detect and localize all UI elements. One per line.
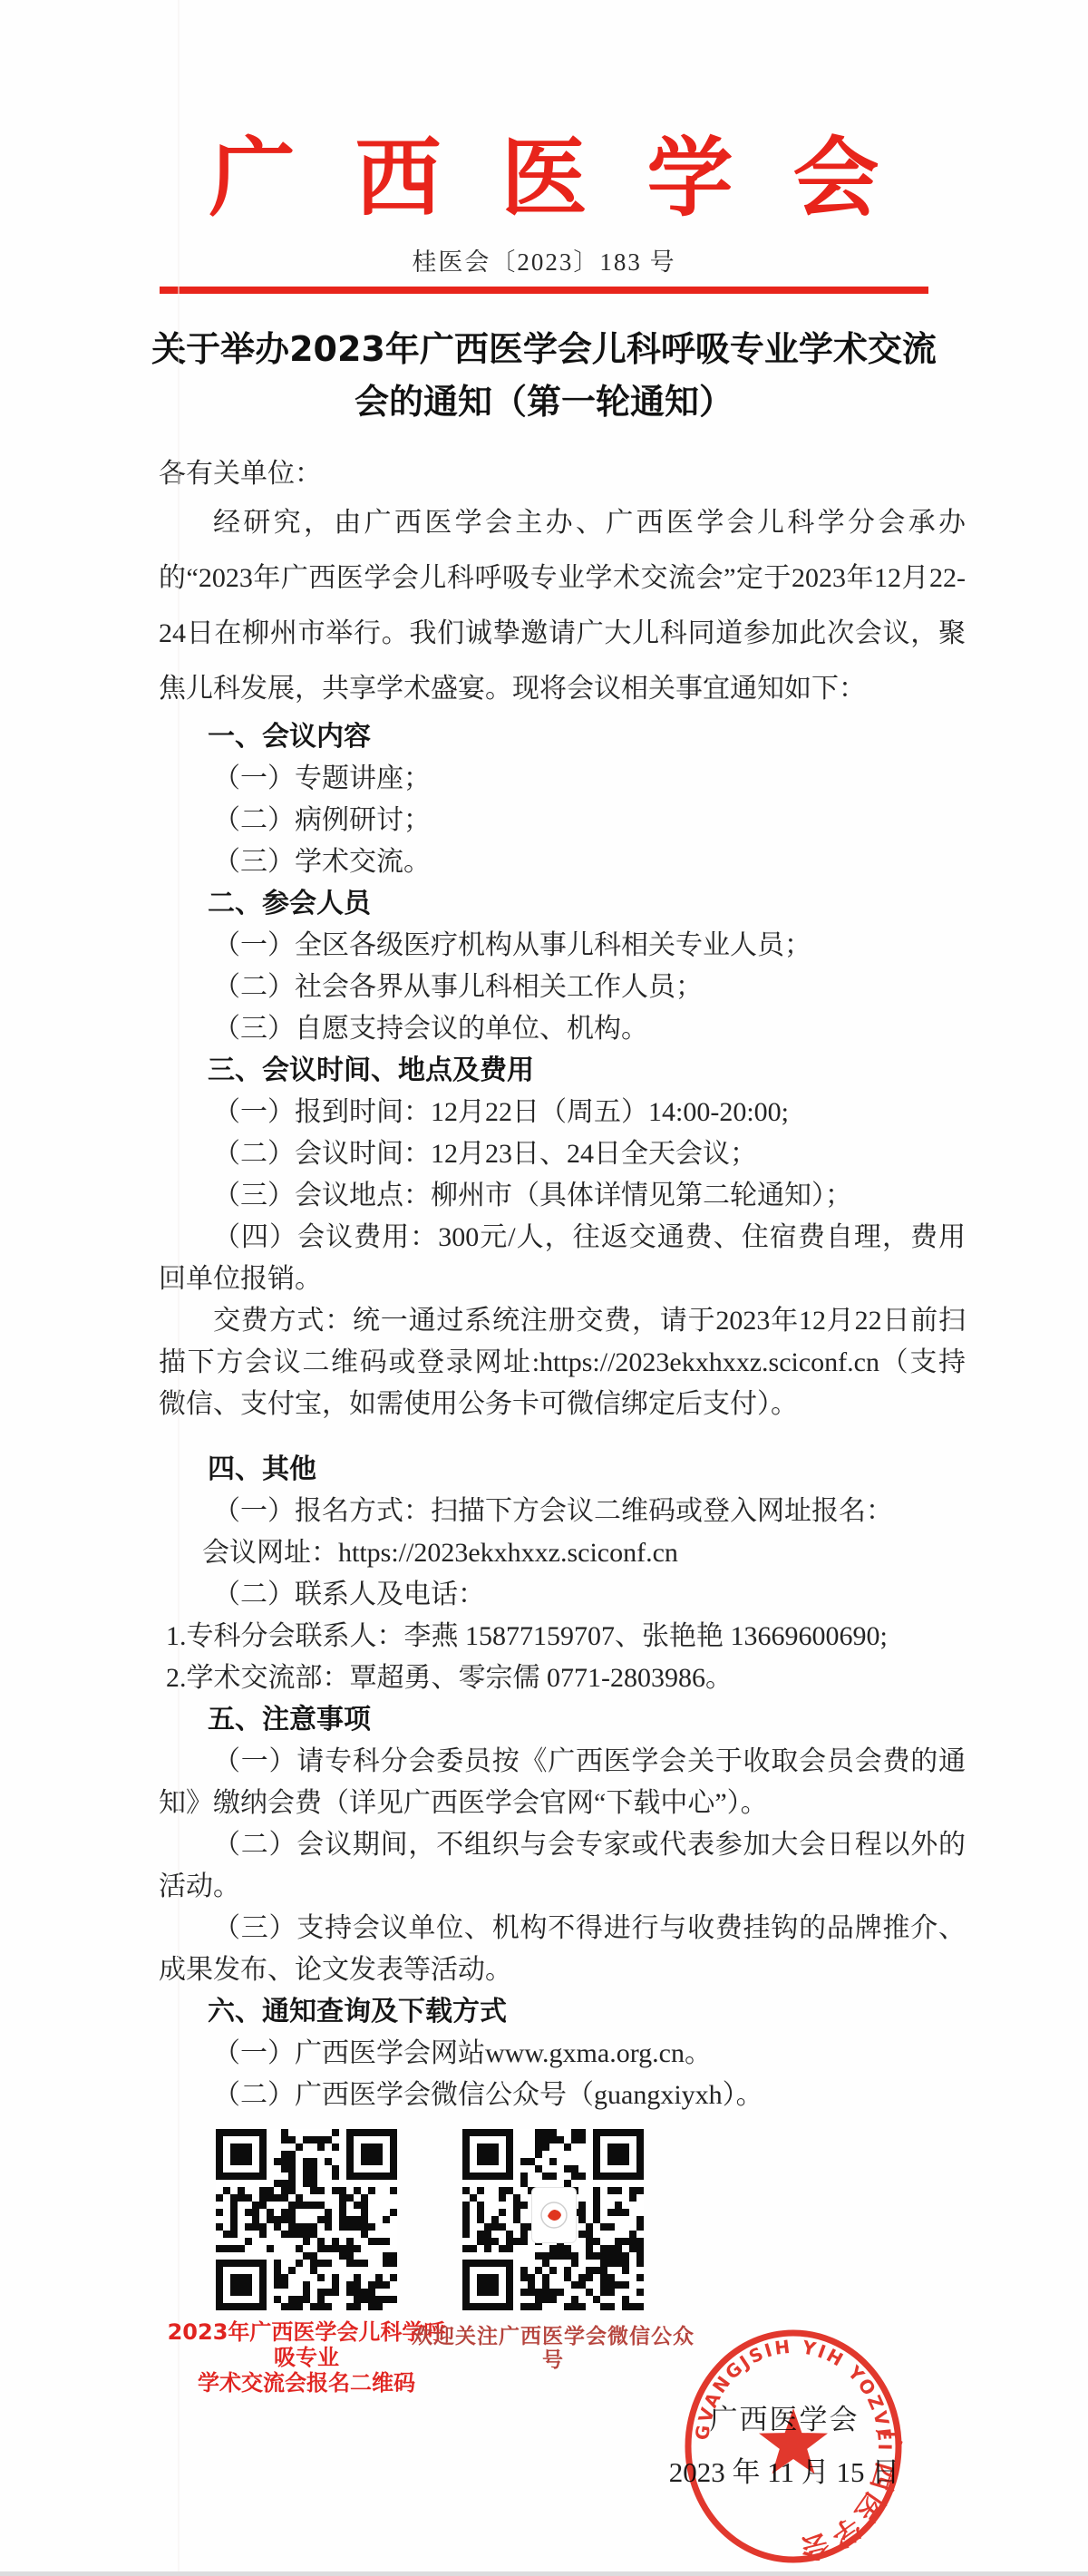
section-3-item-3: （三）会议地点：柳州市（具体详情见第二轮通知）； [159,1175,966,1217]
scan-seam-line [178,0,180,2571]
document-page: 广西医学会 桂医会〔2023〕183 号 关于举办2023年广西医学会儿科呼吸专… [0,0,1088,2576]
association-emblem-icon [539,2200,569,2231]
letterhead-red-rule [160,287,928,294]
section-1-item-3: （三）学术交流。 [159,841,966,883]
section-2-item-2: （二）社会各界从事儿科相关工作人员； [159,967,966,1008]
section-6-heading: 六、通知查询及下载方式 [159,1991,966,2033]
section-1-item-2: （二）病例研讨； [159,800,966,841]
registration-qr-caption: 2023年广西医学会儿科学呼吸专业 学术交流会报名二维码 [166,2319,447,2396]
document-number: 桂医会〔2023〕183 号 [0,247,1088,277]
seal-star-icon [759,2408,828,2474]
wechat-qr-figure: 欢迎关注广西医学会微信公众号 [462,2129,644,2396]
section-1-heading: 一、会议内容 [159,716,966,758]
wechat-qr-center-logo [531,2187,577,2243]
section-3-item-1: （一）报到时间：12月22日（周五）14:00-20:00; [159,1092,966,1133]
official-red-seal: GVANGJSIH YIH YOZVEI 广西医学会 [682,2327,905,2566]
qr-code-image [216,2129,397,2310]
wechat-qr-caption: 欢迎关注广西医学会微信公众号 [408,2325,698,2372]
document-title: 关于举办2023年广西医学会儿科呼吸专业学术交流 会的通知（第一轮通知） [0,323,1088,428]
wechat-line: （二）广西医学会微信公众号（guangxiyxh）。 [159,2075,966,2116]
section-3-item-2: （二）会议时间：12月23日、24日全天会议； [159,1133,966,1175]
document-body: 各有关单位： 经研究，由广西医学会主办、广西医学会儿科学分会承办的“2023年广… [159,453,966,2396]
registration-method-line: （一）报名方式：扫描下方会议二维码或登入网址报名： [159,1491,966,1532]
section-1-item-1: （一）专题讲座； [159,758,966,800]
section-3-item-4: （四）会议费用：300元/人，往返交通费、住宿费自理，费用回单位报销。 [159,1217,966,1300]
registration-qr-figure: 2023年广西医学会儿科学呼吸专业 学术交流会报名二维码 [216,2129,397,2396]
section-5-item-1: （一）请专科分会委员按《广西医学会关于收取会员会费的通知》缴纳会费（详见广西医学… [159,1741,966,1824]
section-5-heading: 五、注意事项 [159,1699,966,1741]
registration-qr-code [216,2129,397,2310]
contacts-heading-line: （二）联系人及电话： [159,1574,966,1616]
section-3-heading: 三、会议时间、地点及费用 [159,1050,966,1092]
contact-line-1: 1.专科分会联系人：李燕 15877159707、张艳艳 13669600690… [159,1616,966,1657]
section-5-item-2: （二）会议期间，不组织与会专家或代表参加大会日程以外的活动。 [159,1824,966,1908]
salutation: 各有关单位： [159,453,966,495]
wechat-qr-code [462,2129,644,2310]
section-2-item-1: （一）全区各级医疗机构从事儿科相关专业人员； [159,925,966,967]
section-4-heading: 四、其他 [159,1449,966,1491]
payment-method-paragraph: 交费方式：统一通过系统注册交费，请于2023年12月22日前扫描下方会议二维码或… [159,1300,966,1425]
registration-qr-caption-line1: 2023年广西医学会儿科学呼吸专业 [166,2319,447,2370]
conference-url-line: 会议网址：https://2023ekxhxxz.sciconf.cn [159,1532,966,1574]
website-line: （一）广西医学会网站www.gxma.org.cn。 [159,2033,966,2075]
section-2-item-3: （三）自愿支持会议的单位、机构。 [159,1008,966,1050]
section-5-item-3: （三）支持会议单位、机构不得进行与收费挂钩的品牌推介、成果发布、论文发表等活动。 [159,1908,966,1991]
letterhead-org-name: 广西医学会 [0,0,1088,228]
contact-line-2: 2.学术交流部：覃超勇、零宗儒 0771-2803986。 [159,1657,966,1699]
scan-bottom-edge [0,2571,1088,2576]
intro-paragraph: 经研究，由广西医学会主办、广西医学会儿科学分会承办的“2023年广西医学会儿科呼… [159,495,966,716]
section-2-heading: 二、参会人员 [159,883,966,925]
registration-qr-caption-line2: 学术交流会报名二维码 [166,2370,447,2396]
document-title-line2: 会的通知（第一轮通知） [0,375,1088,428]
document-title-line1: 关于举办2023年广西医学会儿科呼吸专业学术交流 [0,323,1088,375]
